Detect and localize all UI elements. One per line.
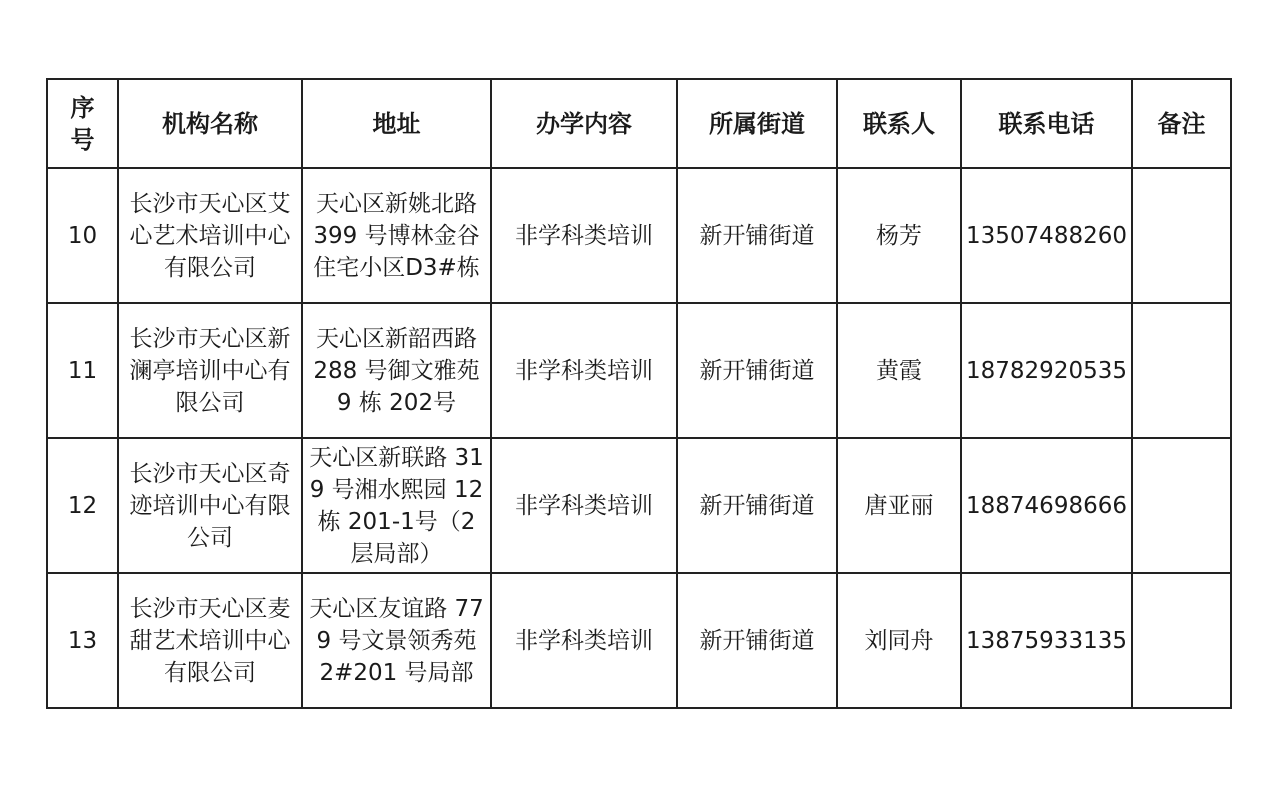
cell-phone: 13507488260 (961, 168, 1132, 303)
cell-remark (1132, 438, 1231, 573)
header-content: 办学内容 (491, 79, 677, 168)
header-row: 序号 机构名称 地址 办学内容 所属街道 联系人 联系电话 备注 (47, 79, 1231, 168)
cell-content: 非学科类培训 (491, 168, 677, 303)
cell-remark (1132, 573, 1231, 708)
cell-street: 新开铺街道 (677, 573, 837, 708)
cell-address: 天心区友谊路 779 号文景领秀苑 2#201 号局部 (302, 573, 491, 708)
cell-contact: 杨芳 (837, 168, 961, 303)
cell-content: 非学科类培训 (491, 303, 677, 438)
table-row: 12 长沙市天心区奇迹培训中心有限公司 天心区新联路 319 号湘水熙园 12 … (47, 438, 1231, 573)
cell-address: 天心区新姚北路 399 号博林金谷住宅小区D3#栋 (302, 168, 491, 303)
cell-seq: 12 (47, 438, 118, 573)
cell-contact: 黄霞 (837, 303, 961, 438)
cell-street: 新开铺街道 (677, 438, 837, 573)
cell-org-name: 长沙市天心区麦甜艺术培训中心有限公司 (118, 573, 302, 708)
cell-org-name: 长沙市天心区新澜亭培训中心有限公司 (118, 303, 302, 438)
cell-street: 新开铺街道 (677, 303, 837, 438)
header-org-name: 机构名称 (118, 79, 302, 168)
header-street: 所属街道 (677, 79, 837, 168)
cell-seq: 11 (47, 303, 118, 438)
header-phone: 联系电话 (961, 79, 1132, 168)
cell-content: 非学科类培训 (491, 573, 677, 708)
cell-contact: 唐亚丽 (837, 438, 961, 573)
cell-phone: 18782920535 (961, 303, 1132, 438)
cell-contact: 刘同舟 (837, 573, 961, 708)
cell-seq: 13 (47, 573, 118, 708)
cell-org-name: 长沙市天心区艾心艺术培训中心有限公司 (118, 168, 302, 303)
header-contact: 联系人 (837, 79, 961, 168)
table-row: 13 长沙市天心区麦甜艺术培训中心有限公司 天心区友谊路 779 号文景领秀苑 … (47, 573, 1231, 708)
header-remark: 备注 (1132, 79, 1231, 168)
table-row: 10 长沙市天心区艾心艺术培训中心有限公司 天心区新姚北路 399 号博林金谷住… (47, 168, 1231, 303)
cell-address: 天心区新韶西路 288 号御文雅苑 9 栋 202号 (302, 303, 491, 438)
header-address: 地址 (302, 79, 491, 168)
cell-seq: 10 (47, 168, 118, 303)
training-institutions-table: 序号 机构名称 地址 办学内容 所属街道 联系人 联系电话 备注 10 长沙市天… (46, 78, 1232, 709)
cell-content: 非学科类培训 (491, 438, 677, 573)
table-row: 11 长沙市天心区新澜亭培训中心有限公司 天心区新韶西路 288 号御文雅苑 9… (47, 303, 1231, 438)
cell-phone: 18874698666 (961, 438, 1132, 573)
header-seq: 序号 (47, 79, 118, 168)
cell-street: 新开铺街道 (677, 168, 837, 303)
cell-address: 天心区新联路 319 号湘水熙园 12 栋 201-1号（2 层局部） (302, 438, 491, 573)
cell-phone: 13875933135 (961, 573, 1132, 708)
cell-org-name: 长沙市天心区奇迹培训中心有限公司 (118, 438, 302, 573)
cell-remark (1132, 168, 1231, 303)
cell-remark (1132, 303, 1231, 438)
